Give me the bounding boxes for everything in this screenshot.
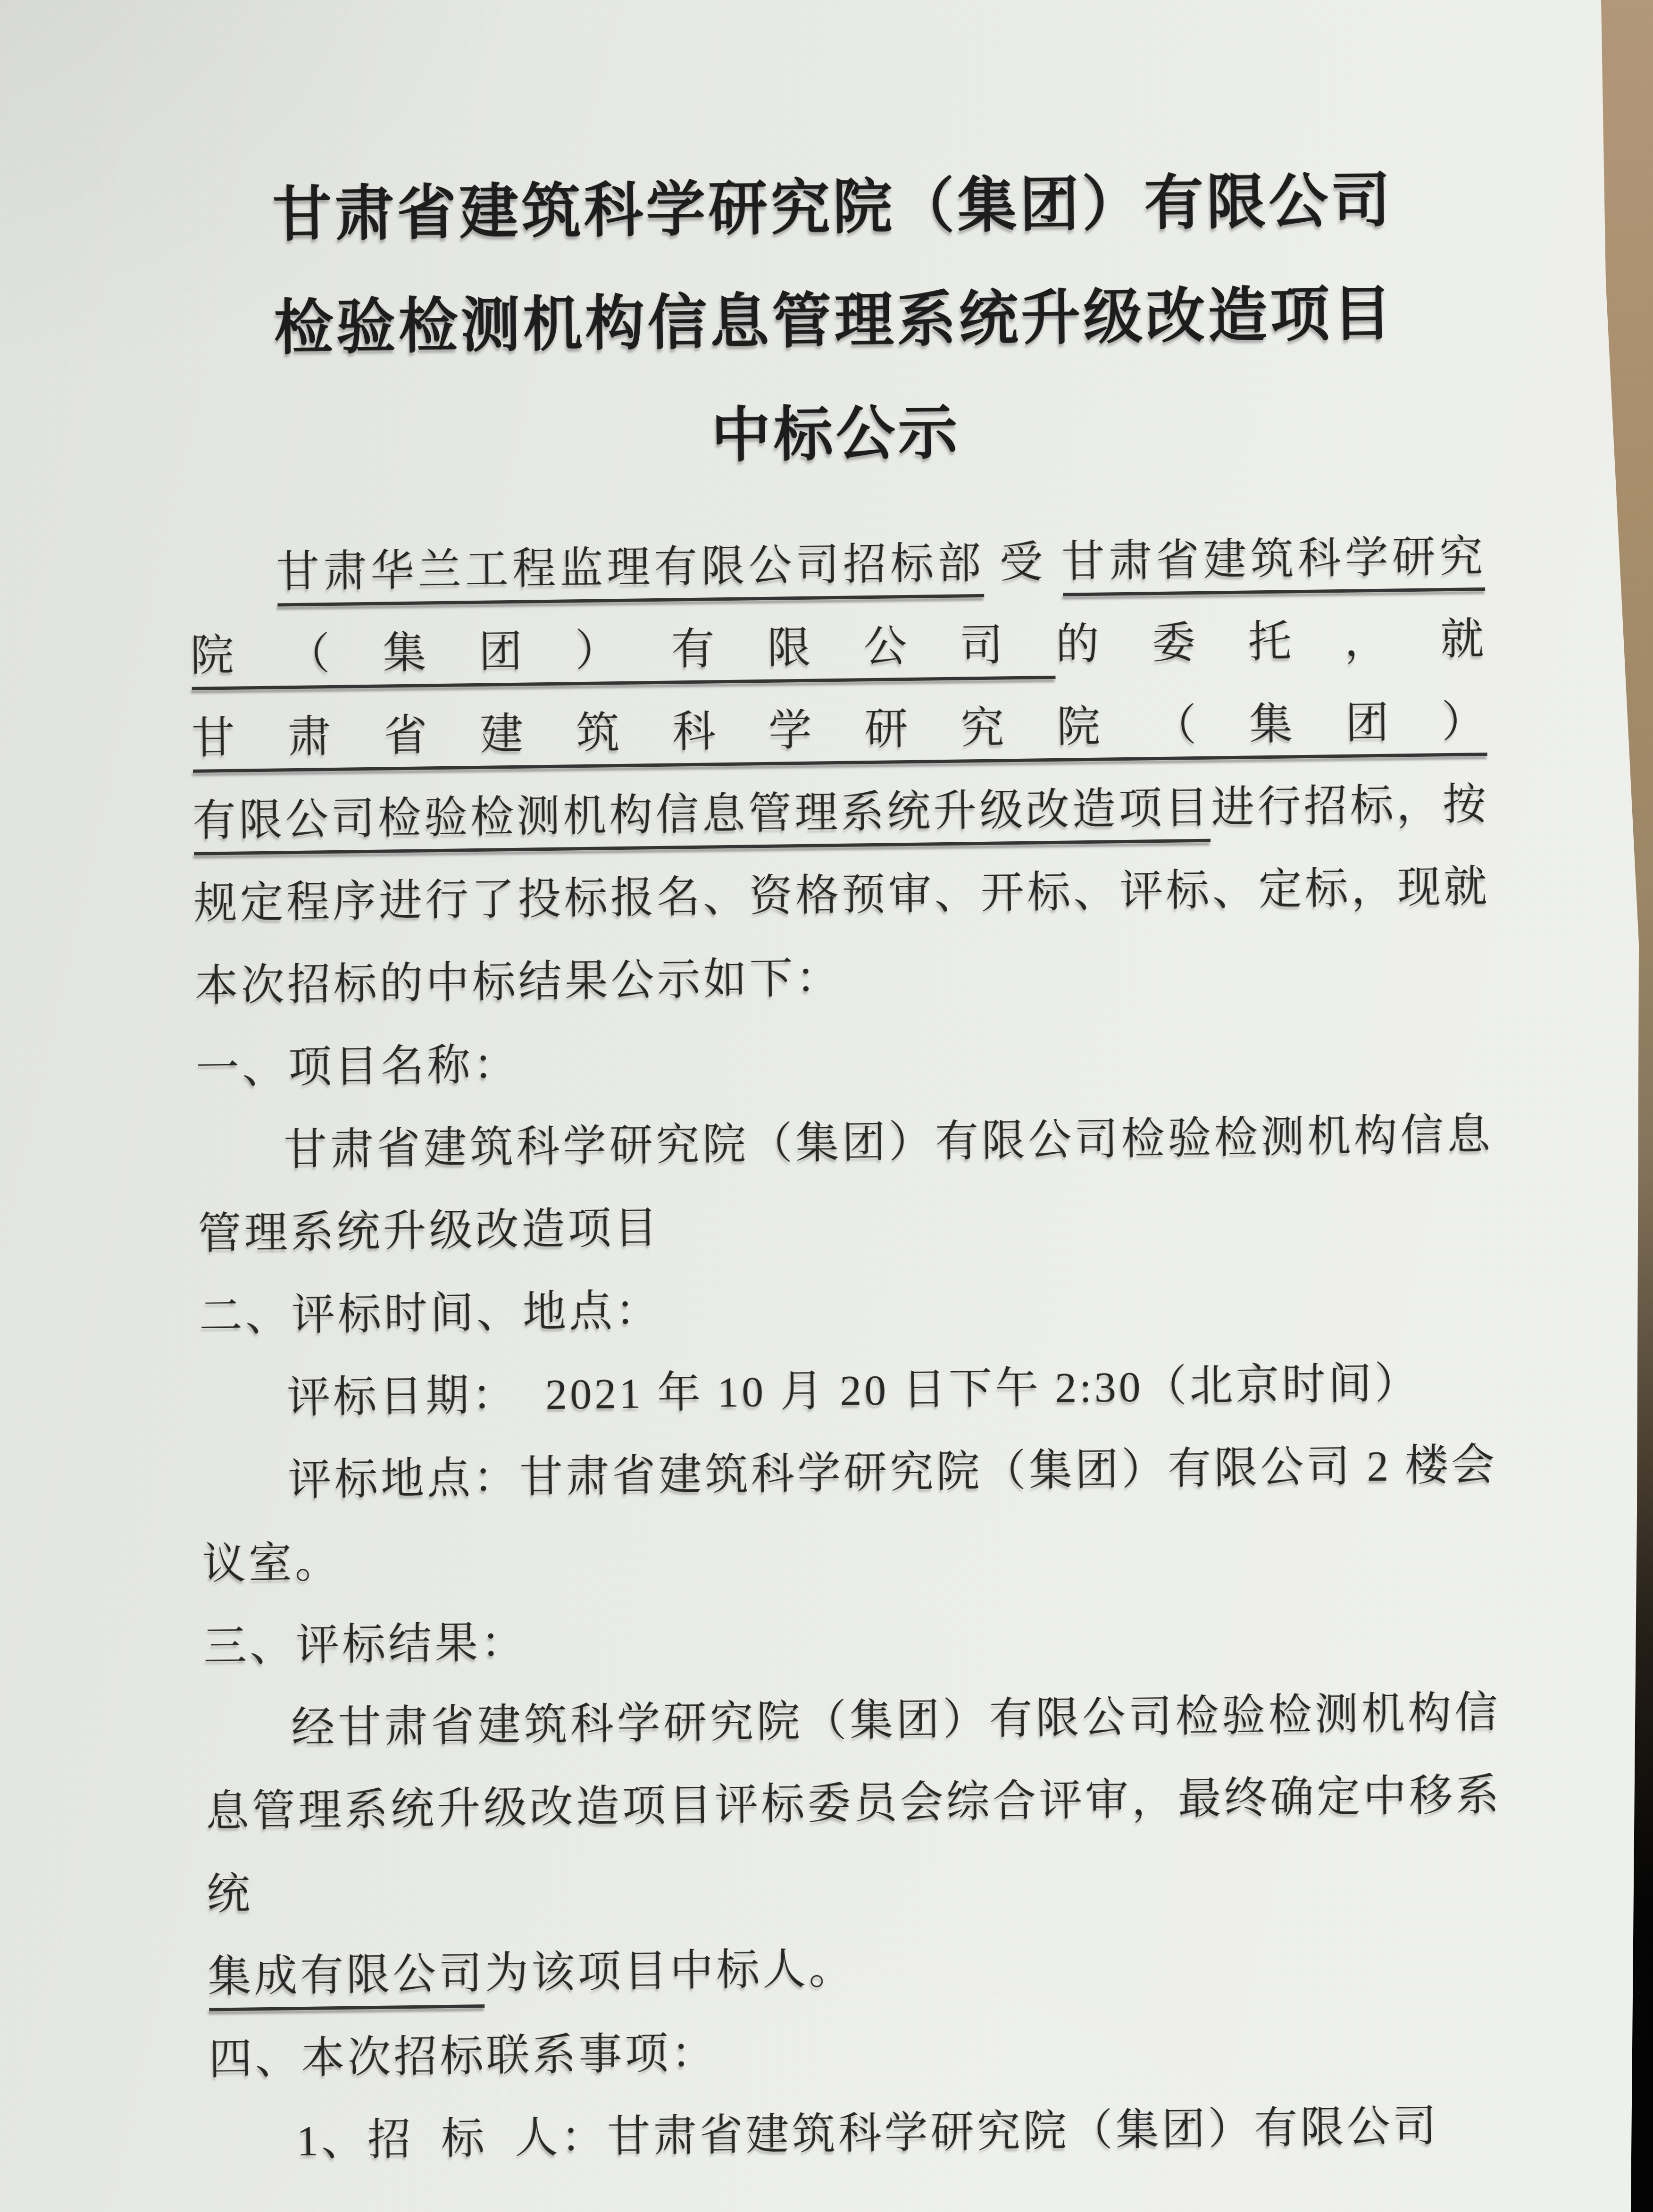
text: 管理系统升级改造项目	[198, 1204, 660, 1258]
doc-line: 集成有限公司为该项目中标人。	[207, 1919, 1504, 2019]
doc-line: 评标日期： 2021 年 10 月 20 日下午 2:30（北京时间）	[200, 1341, 1497, 1441]
text: 甘肃省建筑科学研究院（集团）有限公司检验检测机构信息	[284, 1110, 1494, 1174]
doc-line: 甘肃华兰工程监理有限公司招标部 受 甘肃省建筑科学研究	[189, 515, 1486, 615]
doc-line: 本次招标的中标结果公示如下：	[194, 928, 1492, 1028]
photo-canvas: { "colors": { "paper": "#eceee9", "ink":…	[0, 0, 1653, 2212]
underlined-text: 甘肃华兰工程监理有限公司招标部	[276, 539, 985, 596]
doc-line: 议室。	[202, 1506, 1499, 1606]
text: 本次招标的中标结果公示如下：	[194, 954, 842, 1010]
doc-line: 经甘肃省建筑科学研究院（集团）有限公司检验检测机构信	[204, 1671, 1501, 1771]
doc-line: 1、招 标 人：甘肃省建筑科学研究院（集团）有限公司	[209, 2084, 1507, 2184]
text: 一、项目名称：	[196, 1040, 520, 1093]
text: 经甘肃省建筑科学研究院（集团）有限公司检验检测机构信	[291, 1688, 1501, 1752]
doc-line: 四、本次招标联系事项：	[209, 2002, 1506, 2101]
underlined-text: 院（集团）有限公司	[190, 620, 1056, 680]
document-text: 甘肃省建筑科学研究院（集团）有限公司 检验检测机构信息管理系统升级改造项目 中标…	[184, 142, 1507, 2184]
underlined-text: 甘肃省建筑科学研究院（集团）	[191, 697, 1488, 762]
text: 进行招标，按	[1211, 780, 1489, 832]
doc-line: 一、项目名称：	[195, 1011, 1493, 1110]
text: 评标日期： 2021 年 10 月 20 日下午 2:30（北京时间）	[287, 1359, 1421, 1422]
text: 规定程序进行了投标报名、资格预审、开标、评标、定标，现就	[193, 863, 1490, 928]
text: 受	[985, 538, 1062, 587]
underlined-text: 有限公司检验检测机构信息管理系统升级改造项目	[192, 784, 1211, 845]
doc-line: 管理系统升级改造项目	[198, 1176, 1495, 1275]
text: 四、本次招标联系事项：	[209, 2029, 718, 2084]
doc-line: 规定程序进行了投标报名、资格预审、开标、评标、定标，现就	[193, 846, 1491, 945]
doc-line: 甘肃省建筑科学研究院（集团）有限公司检验检测机构信息	[196, 1093, 1494, 1193]
text: 二、评标时间、地点：	[199, 1286, 661, 1341]
doc-line: 院（集团）有限公司的委托，就 甘肃省建筑科学研究院（集团）	[190, 598, 1488, 780]
document-title-line-3: 中标公示	[187, 369, 1485, 499]
document-title-line-1: 甘肃省建筑科学研究院（集团）有限公司	[184, 142, 1482, 273]
text: 的委托，就	[1056, 615, 1501, 669]
doc-line: 有限公司检验检测机构信息管理系统升级改造项目进行招标，按	[192, 763, 1489, 863]
text: 评标地点：甘肃省建筑科学研究院（集团）有限公司 2 楼会	[288, 1441, 1498, 1505]
text: 三、评标结果：	[203, 1618, 527, 1671]
doc-line: 二、评标时间、地点：	[199, 1258, 1496, 1358]
text: 息管理系统升级改造项目评标委员会综合评审，最终确定	[205, 1773, 1363, 1836]
doc-line: 三、评标结果：	[203, 1589, 1500, 1688]
underlined-text: 甘肃省建筑科学研究	[1061, 532, 1486, 586]
doc-line: 息管理系统升级改造项目评标委员会综合评审，最终确定中移系统	[205, 1754, 1503, 1936]
text: 1、招 标 人：甘肃省建筑科学研究院（集团）有限公司	[296, 2102, 1439, 2165]
doc-line: 评标地点：甘肃省建筑科学研究院（集团）有限公司 2 楼会	[201, 1424, 1498, 1523]
text: 为该项目中标人。	[485, 1944, 855, 1997]
document-title-line-2: 检验检测机构信息管理系统升级改造项目	[185, 256, 1483, 386]
document-body: 甘肃华兰工程监理有限公司招标部 受 甘肃省建筑科学研究院（集团）有限公司的委托，…	[189, 515, 1507, 2184]
text: 议室。	[202, 1538, 341, 1588]
underlined-text: 集成有限公司	[208, 1949, 485, 2001]
